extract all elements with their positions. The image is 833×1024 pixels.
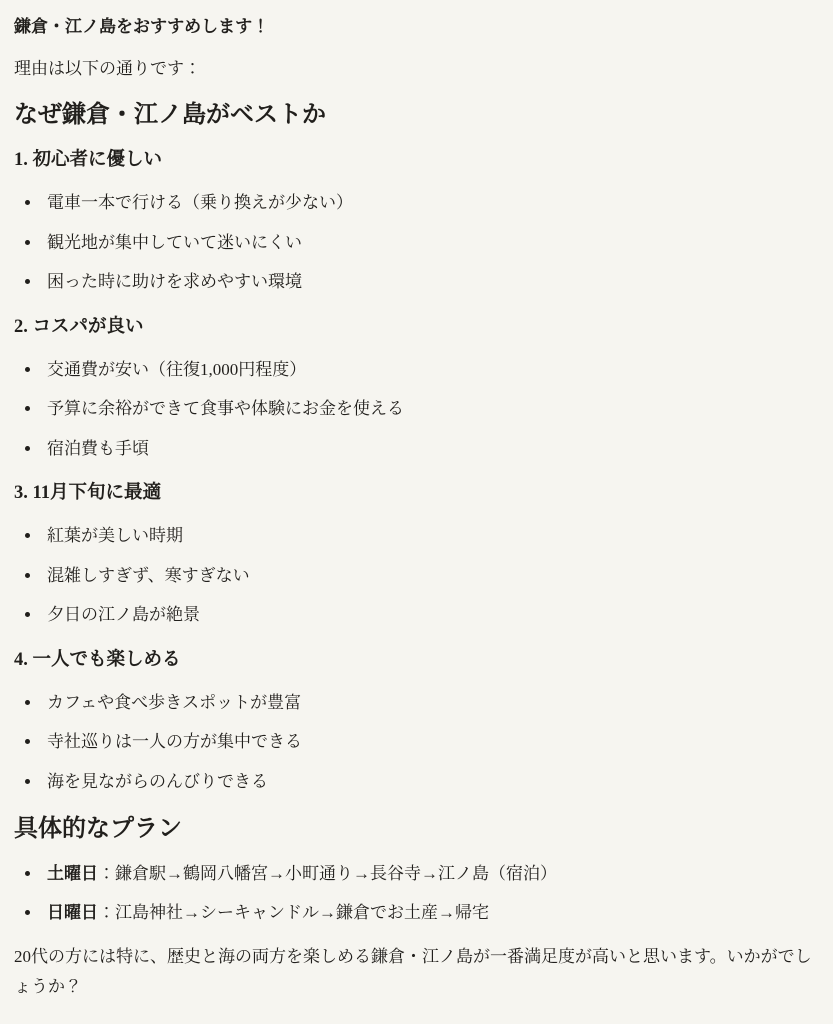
- list-item: 混雑しすぎず、寒すぎない: [42, 561, 819, 592]
- list-item: 宿泊費も手頃: [42, 434, 819, 465]
- section-1-list: 電車一本で行ける（乗り換えが少ない） 観光地が集中していて迷いにくい 困った時に…: [14, 188, 819, 298]
- section-2-heading: 2. コスパが良い: [14, 314, 819, 342]
- intro-statement: 鎌倉・江ノ島をおすすめします！: [14, 12, 819, 43]
- plan-item-sunday: 日曜日：江島神社→シーキャンドル→鎌倉でお土産→帰宅: [42, 898, 819, 929]
- plan-separator: ：: [98, 864, 115, 883]
- section-2-list: 交通費が安い（往復1,000円程度） 予算に余裕ができて食事や体験にお金を使える…: [14, 355, 819, 465]
- plan-day-label: 日曜日: [47, 903, 98, 922]
- list-item: 予算に余裕ができて食事や体験にお金を使える: [42, 394, 819, 425]
- list-item: 夕日の江ノ島が絶景: [42, 600, 819, 631]
- plan-separator: ：: [98, 903, 115, 922]
- plan-route: 鎌倉駅→鶴岡八幡宮→小町通り→長谷寺→江ノ島（宿泊）: [115, 864, 557, 883]
- plan-item-saturday: 土曜日：鎌倉駅→鶴岡八幡宮→小町通り→長谷寺→江ノ島（宿泊）: [42, 859, 819, 890]
- closing-paragraph: 20代の方には特に、歴史と海の両方を楽しめる鎌倉・江ノ島が一番満足度が高いと思い…: [14, 942, 819, 1003]
- list-item: 紅葉が美しい時期: [42, 521, 819, 552]
- list-item: 困った時に助けを求めやすい環境: [42, 267, 819, 298]
- list-item: 寺社巡りは一人の方が集中できる: [42, 727, 819, 758]
- list-item: 電車一本で行ける（乗り換えが少ない）: [42, 188, 819, 219]
- section-1-heading: 1. 初心者に優しい: [14, 147, 819, 175]
- section-3-list: 紅葉が美しい時期 混雑しすぎず、寒すぎない 夕日の江ノ島が絶景: [14, 521, 819, 631]
- list-item: カフェや食べ歩きスポットが豊富: [42, 688, 819, 719]
- plan-heading: 具体的なプラン: [14, 814, 819, 845]
- recommendation-document: 鎌倉・江ノ島をおすすめします！ 理由は以下の通りです： なぜ鎌倉・江ノ島がベスト…: [0, 0, 833, 1024]
- section-3-heading: 3. 11月下旬に最適: [14, 480, 819, 508]
- plan-route: 江島神社→シーキャンドル→鎌倉でお土産→帰宅: [115, 903, 489, 922]
- list-item: 観光地が集中していて迷いにくい: [42, 228, 819, 259]
- section-4-list: カフェや食べ歩きスポットが豊富 寺社巡りは一人の方が集中できる 海を見ながらのん…: [14, 688, 819, 798]
- plan-list: 土曜日：鎌倉駅→鶴岡八幡宮→小町通り→長谷寺→江ノ島（宿泊） 日曜日：江島神社→…: [14, 859, 819, 929]
- list-item: 海を見ながらのんびりできる: [42, 767, 819, 798]
- main-heading: なぜ鎌倉・江ノ島がベストか: [14, 100, 819, 131]
- list-item: 交通費が安い（往復1,000円程度）: [42, 355, 819, 386]
- plan-day-label: 土曜日: [47, 864, 98, 883]
- section-4-heading: 4. 一人でも楽しめる: [14, 647, 819, 675]
- intro-reason: 理由は以下の通りです：: [14, 54, 819, 85]
